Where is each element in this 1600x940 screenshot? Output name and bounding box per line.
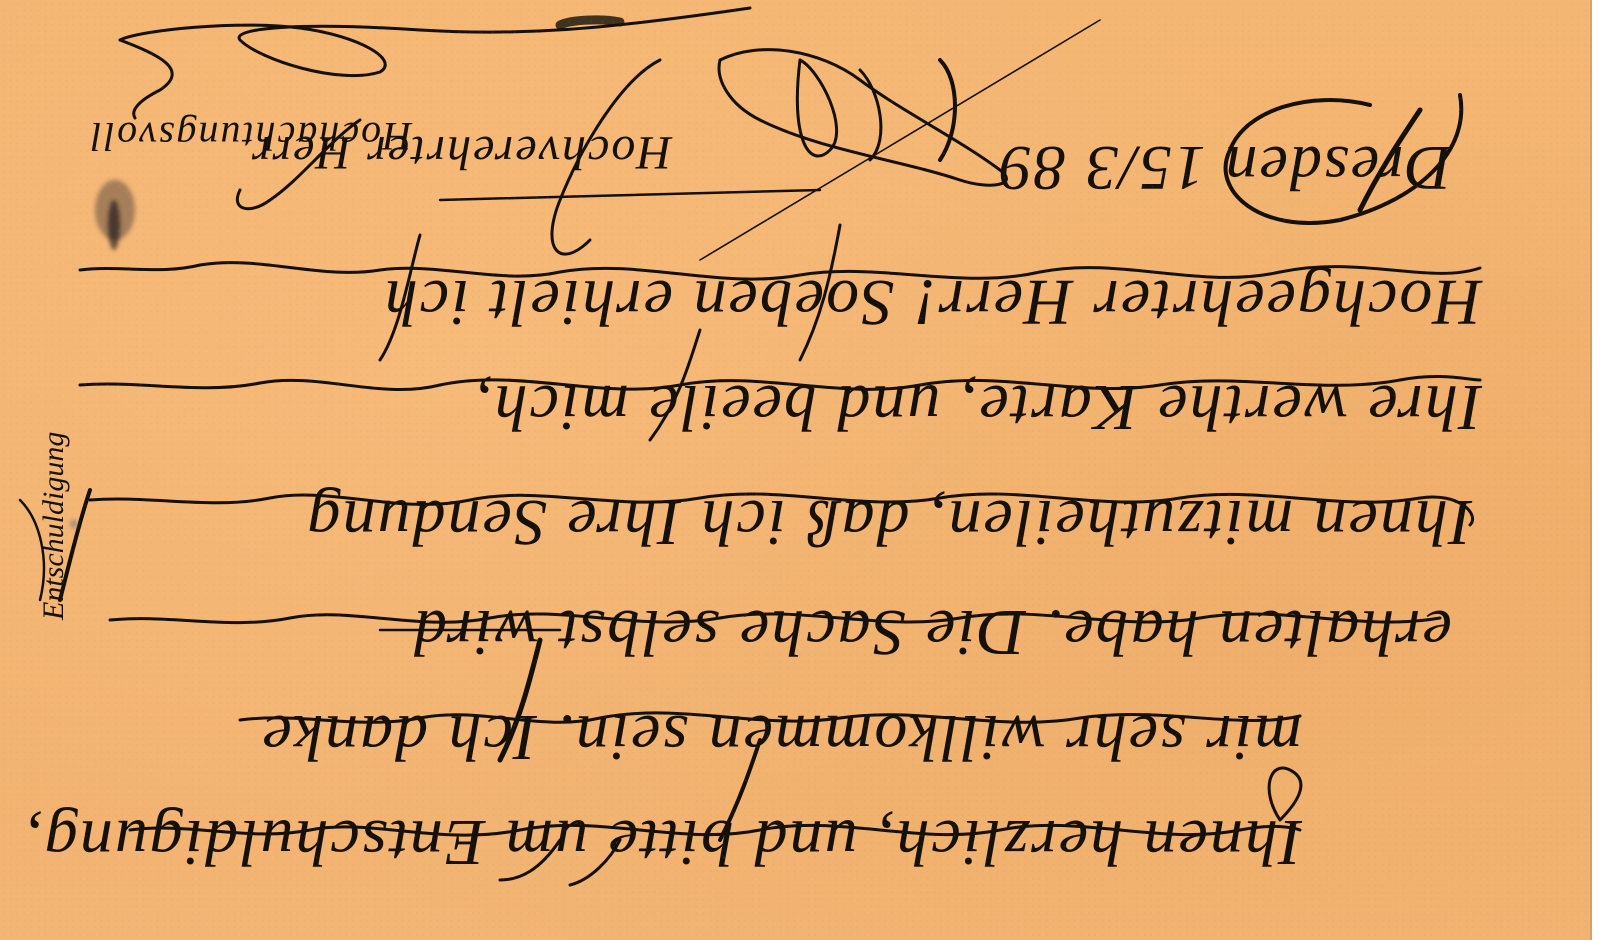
letter-line-3: Ihnen mitzutheilen, daß ich Ihre Sendung	[306, 484, 1472, 560]
place-date: Dresden 15/3 89	[998, 131, 1452, 205]
margin-note: Entschuldigung	[37, 432, 71, 620]
closing-signature: Hochachtungsvoll	[89, 113, 412, 160]
postcard: Dresden 15/3 89 Hochverehrter Herr Hochg…	[0, 0, 1592, 940]
handwritten-text-rotated: Dresden 15/3 89 Hochverehrter Herr Hochg…	[0, 0, 1592, 940]
letter-line-4: erhalten habe. Die Sache selbst wird	[412, 594, 1452, 670]
letter-line-2: Ihre werthe Karte, und beeile mich,	[474, 369, 1482, 445]
letter-line-5: mir sehr willkommen sein. Ich danke	[261, 699, 1302, 775]
letter-line-6: Ihnen herzlich, und bitte um Entschuldig…	[24, 804, 1302, 880]
letter-line-1: Hochgeehrter Herr! Soeben erhielt ich	[383, 264, 1482, 340]
